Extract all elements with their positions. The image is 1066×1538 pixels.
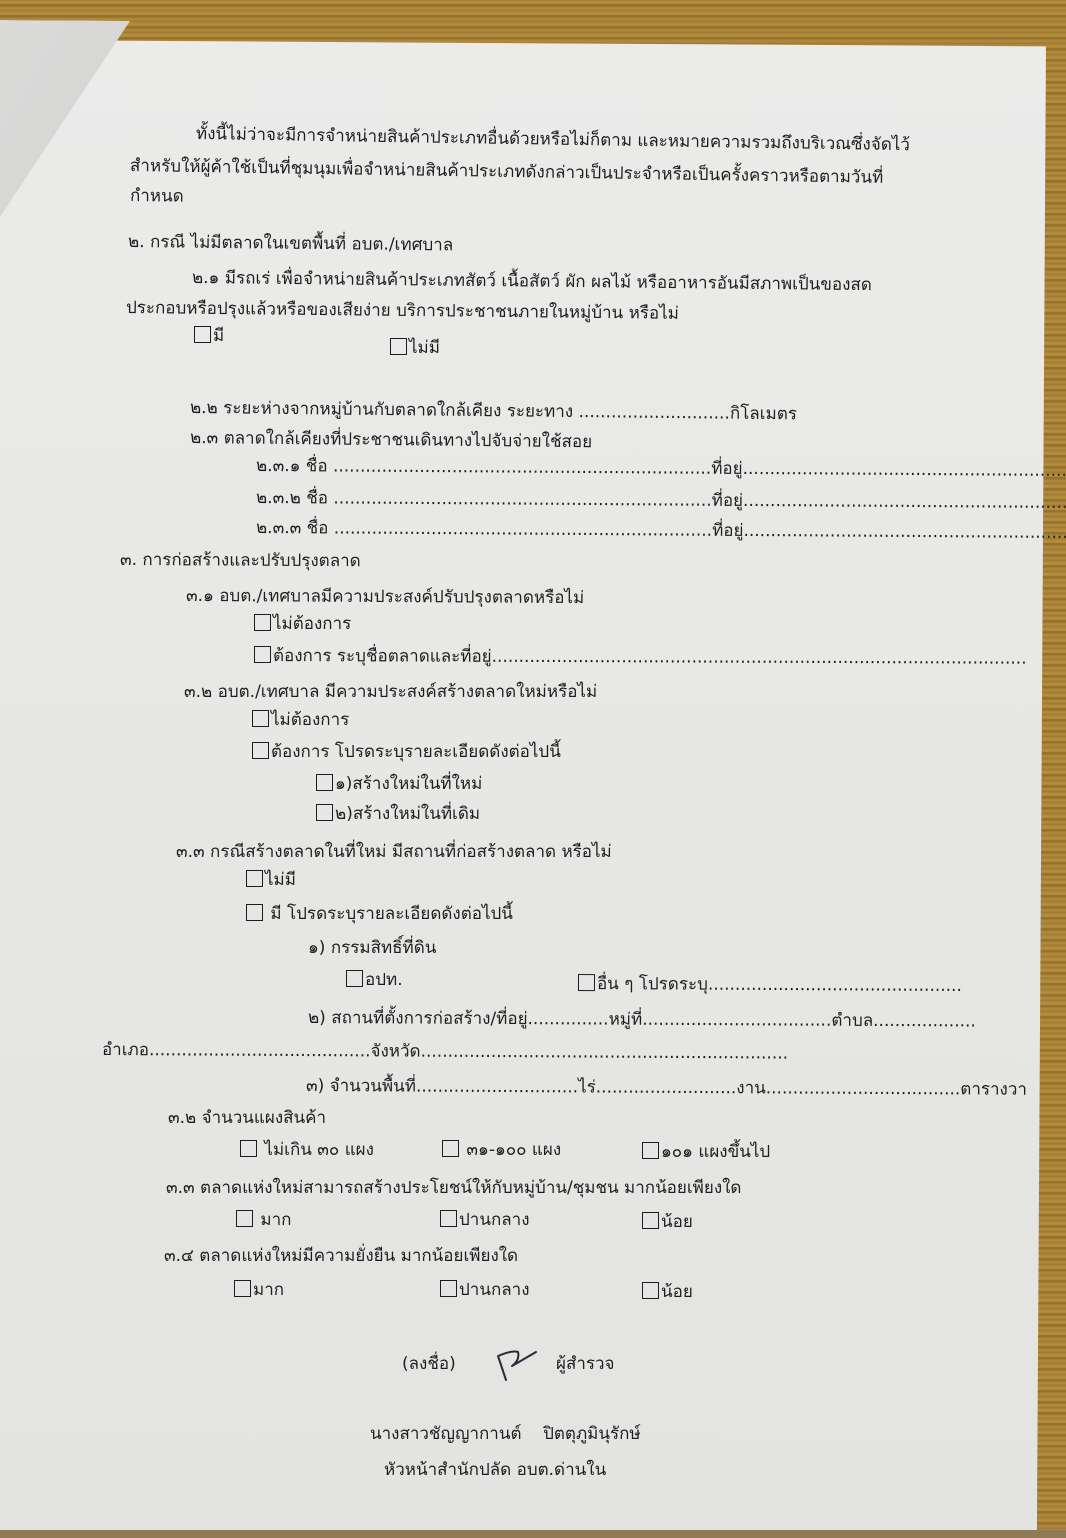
benefit-option-high[interactable]: มาก — [236, 1206, 291, 1233]
checkbox[interactable] — [246, 904, 263, 921]
location-row: ๒) สถานที่ตั้งการก่อสร้าง/ที่อยู่.......… — [308, 1004, 976, 1034]
q32-option-yes[interactable]: ต้องการ โปรดระบุรายละเอียดดังต่อไปนี้ — [252, 738, 561, 765]
section-2-title: ๒. กรณี ไม่มีตลาดในเขตพื้นที่ อบต./เทศบา… — [128, 228, 453, 258]
section-3-title: ๓. การก่อสร้างและปรับปรุงตลาด — [120, 546, 361, 574]
handwritten-signature — [496, 1346, 544, 1382]
checkbox[interactable] — [316, 804, 333, 821]
q21-option-yes[interactable]: มี — [194, 322, 224, 349]
location-field[interactable]: ............... — [528, 1009, 609, 1029]
market-name-field[interactable]: ........................................… — [333, 456, 711, 478]
sign-label: (ลงชื่อ) — [402, 1350, 456, 1377]
stalls-label: ๓.๒ จำนวนแผงสินค้า — [168, 1104, 326, 1131]
checkbox[interactable] — [442, 1140, 459, 1157]
wa-field[interactable]: .................................... — [766, 1078, 961, 1099]
q32-label: ๓.๒ อบต./เทศบาล มีความประสงค์สร้างตลาดให… — [184, 678, 597, 705]
checkbox[interactable] — [440, 1280, 457, 1297]
q23-label: ๒.๓ ตลาดใกล้เคียงที่ประชาชนเดินทางไปจับจ… — [190, 424, 592, 455]
land-option-other[interactable]: อื่น ๆ โปรดระบุ.........................… — [578, 970, 962, 999]
q32-sub-option-2[interactable]: ๒)สร้างใหม่ในที่เดิม — [316, 800, 480, 827]
checkbox[interactable] — [236, 1210, 253, 1227]
moo-field[interactable]: ................................... — [642, 1010, 831, 1031]
ngan-field[interactable]: .......................... — [596, 1078, 737, 1099]
q31-option-yes[interactable]: ต้องการ ระบุชื่อตลาดและที่อยู่..........… — [254, 642, 1027, 672]
benefit-option-medium[interactable]: ปานกลาง — [440, 1206, 530, 1233]
checkbox[interactable] — [246, 870, 263, 887]
stalls-option-3[interactable]: ๑๐๑ แผงขึ้นไป — [642, 1138, 770, 1165]
market-address-field[interactable]: ........................................… — [743, 459, 1066, 481]
desk-edge — [0, 1530, 1066, 1538]
surveyor-position: หัวหน้าสำนักปลัด อบต.ด่านใน — [384, 1456, 606, 1483]
checkbox[interactable] — [240, 1140, 257, 1157]
q21-option-no[interactable]: ไม่มี — [390, 334, 440, 361]
checkbox[interactable] — [346, 970, 363, 987]
district-row: อำเภอ...................................… — [102, 1036, 788, 1067]
market-address-field[interactable]: ........................................… — [743, 521, 1066, 543]
q32-option-no[interactable]: ไม่ต้องการ — [252, 706, 349, 733]
q33-label: ๓.๓ กรณีสร้างตลาดในที่ใหม่ มีสถานที่ก่อส… — [176, 838, 612, 865]
sustain-option-high[interactable]: มาก — [234, 1276, 284, 1303]
q33-option-no[interactable]: ไม่มี — [246, 866, 296, 893]
stalls-option-1[interactable]: ไม่เกิน ๓๐ แผง — [240, 1136, 374, 1163]
intro-line-3: กำหนด — [130, 182, 184, 210]
folded-page-corner — [0, 20, 130, 281]
province-field[interactable]: ........................................… — [421, 1042, 789, 1064]
land-option-local-gov[interactable]: อปท. — [346, 966, 403, 993]
checkbox[interactable] — [642, 1142, 659, 1159]
land-other-field[interactable]: ........................................… — [708, 975, 962, 996]
sustain-option-medium[interactable]: ปานกลาง — [440, 1276, 530, 1303]
surveyor-role: ผู้สำรวจ — [556, 1350, 615, 1377]
checkbox[interactable] — [252, 710, 269, 727]
area-row: ๓) จำนวนพื้นที่.........................… — [306, 1072, 1027, 1103]
market-improve-field[interactable]: ........................................… — [492, 647, 1027, 669]
checkbox[interactable] — [252, 742, 269, 759]
q32-sub-option-1[interactable]: ๑)สร้างใหม่ในที่ใหม่ — [316, 770, 482, 797]
checkbox[interactable] — [234, 1280, 251, 1297]
form-page — [0, 40, 1046, 1536]
surveyor-name: นางสาวชัญญากานต์ ปิตตุภูมินุรักษ์ — [370, 1420, 641, 1447]
land-ownership-title: ๑) กรรมสิทธิ์ที่ดิน — [308, 934, 436, 961]
checkbox[interactable] — [642, 1212, 659, 1229]
checkbox[interactable] — [578, 974, 595, 991]
market-name-field[interactable]: ........................................… — [334, 518, 712, 540]
market-address-field[interactable]: ........................................… — [743, 491, 1066, 513]
checkbox[interactable] — [254, 646, 271, 663]
tambon-field[interactable]: ................... — [873, 1011, 976, 1032]
checkbox[interactable] — [254, 614, 271, 631]
sustain-label: ๓.๔ ตลาดแห่งใหม่มีความยั่งยืน มากน้อยเพี… — [164, 1242, 518, 1269]
market-row-3: ๒.๓.๓ ชื่อ .............................… — [256, 514, 1066, 546]
benefit-label: ๓.๓ ตลาดแห่งใหม่สามารถสร้างประโยชน์ให้กั… — [166, 1174, 741, 1201]
market-name-field[interactable]: ........................................… — [333, 488, 711, 510]
q33-option-yes[interactable]: มี โปรดระบุรายละเอียดดังต่อไปนี้ — [246, 900, 513, 927]
checkbox[interactable] — [194, 326, 211, 343]
amphoe-field[interactable]: ........................................… — [149, 1040, 371, 1061]
checkbox[interactable] — [316, 774, 333, 791]
q31-label: ๓.๑ อบต./เทศบาลมีความประสงค์ปรับปรุงตลาด… — [186, 582, 584, 611]
checkbox[interactable] — [440, 1210, 457, 1227]
checkbox[interactable] — [642, 1282, 659, 1299]
market-row-1: ๒.๓.๑ ชื่อ .............................… — [256, 452, 1066, 484]
benefit-option-low[interactable]: น้อย — [642, 1208, 693, 1235]
checkbox[interactable] — [390, 338, 407, 355]
distance-field[interactable]: ............................ — [578, 402, 730, 424]
rai-field[interactable]: .............................. — [416, 1077, 578, 1098]
market-row-2: ๒.๓.๒ ชื่อ .............................… — [256, 484, 1066, 516]
sustain-option-low[interactable]: น้อย — [642, 1278, 693, 1305]
q31-option-no[interactable]: ไม่ต้องการ — [254, 610, 351, 637]
stalls-option-2[interactable]: ๓๑-๑๐๐ แผง — [442, 1136, 561, 1163]
